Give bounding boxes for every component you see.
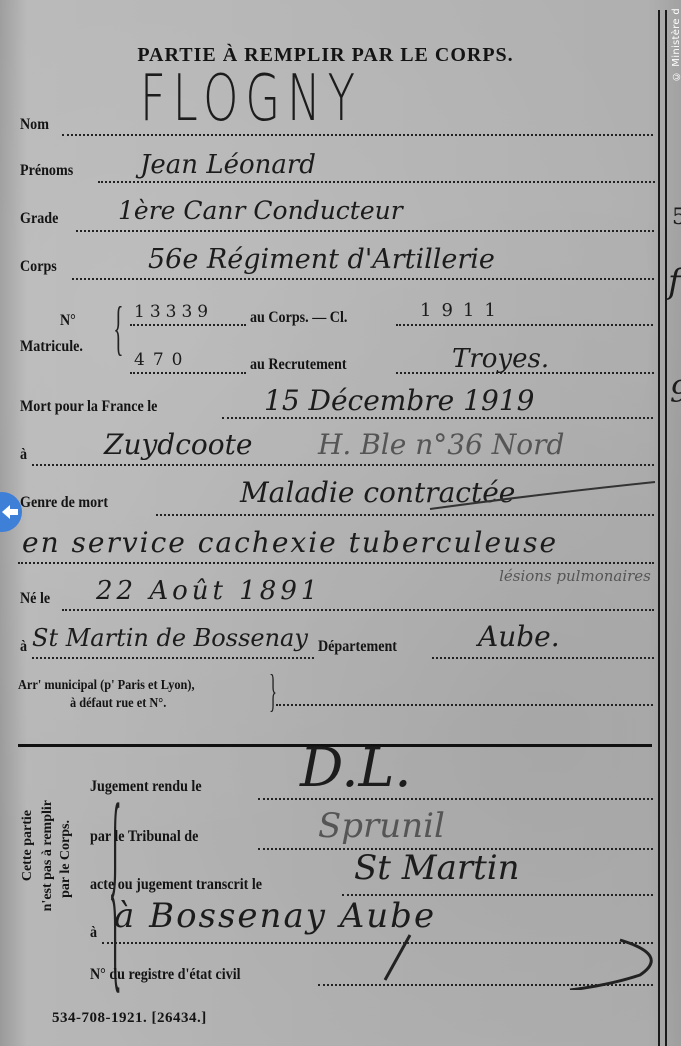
nom-value: FLOGNY — [140, 62, 362, 136]
margin-mark: 9 — [670, 375, 681, 410]
grade-dotted-line — [76, 228, 654, 232]
ne-a-dots — [32, 655, 314, 659]
au-corps-label: au Corps. — Cl. — [250, 309, 347, 327]
corps-dotted-line — [72, 276, 654, 280]
tribunal-value: Sprunil — [318, 806, 445, 846]
genre-mort-value-2: en service cachexie tuberculeuse — [22, 526, 558, 559]
departement-label: Département — [318, 638, 397, 656]
classe-dots — [396, 322, 653, 326]
mort-a-dots — [32, 462, 654, 466]
side-note-line-3: par le Corps. — [58, 820, 74, 898]
nom-label: Nom — [20, 116, 49, 134]
mort-le-value: 15 Décembre 1919 — [264, 384, 534, 417]
matricule-corps-dots — [130, 322, 246, 326]
side-note-line-2: n'est pas à remplir — [40, 800, 56, 911]
genre-mort-label: Genre de mort — [20, 494, 108, 512]
recrutement-place: Troyes. — [452, 344, 549, 374]
side-note: Cette partie n'est pas à remplir par le … — [14, 800, 78, 980]
grade-label: Grade — [20, 210, 58, 228]
margin-mark: 5 — [672, 205, 681, 230]
mort-a-value: Zuydcoote — [104, 428, 252, 461]
side-note-line-1: Cette partie — [20, 810, 36, 881]
grade-value: 1ère Canr Conducteur — [118, 196, 403, 225]
genre-mort-annotation: lésions pulmonaires — [490, 566, 660, 586]
matricule-brace: { — [113, 298, 123, 358]
corps-value: 56e Régiment d'Artillerie — [148, 244, 495, 275]
right-border-line — [658, 10, 660, 1046]
right-border-line-2 — [665, 10, 667, 1046]
mort-a-label: à — [20, 446, 27, 464]
classe-value: 1911 — [420, 300, 506, 321]
transcrit-label: acte ou jugement transcrit le — [90, 876, 262, 894]
arrow-left-icon — [0, 502, 20, 522]
matricule-corps-number: 13339 — [134, 302, 213, 322]
recrutement-number: 470 — [134, 350, 190, 370]
matricule-label-2: Matricule. — [20, 338, 83, 356]
matricule-label-1: N° — [60, 312, 76, 330]
au-recrutement-label: au Recrutement — [250, 356, 347, 374]
tribunal-label: par le Tribunal de — [90, 828, 198, 846]
jugement-value: D.L. — [300, 736, 412, 799]
arr-label-1: Arr' municipal (p' Paris et Lyon), — [18, 678, 195, 694]
pen-stroke — [420, 474, 660, 514]
departement-value: Aube. — [478, 620, 560, 653]
ne-le-value: 22 Août 1891 — [96, 576, 321, 606]
ne-a-value: St Martin de Bossenay — [32, 624, 308, 652]
transcrit-a-label: à — [90, 924, 97, 942]
document-scan: © Ministère d 5 f 9 PARTIE À REMPLIR PAR… — [0, 0, 681, 1046]
arr-label-2: à défaut rue et N°. — [70, 696, 166, 712]
mort-a-annotation: H. Ble n°36 Nord — [318, 428, 564, 461]
prenoms-label: Prénoms — [20, 162, 73, 180]
ne-le-dots — [62, 607, 654, 611]
genre-mort-dots-2 — [18, 560, 654, 564]
recrutement-number-dots — [130, 370, 246, 374]
pen-stroke — [370, 930, 670, 990]
arr-brace: } — [269, 668, 277, 714]
registre-label: N° du registre d'état civil — [90, 966, 241, 984]
arr-dots — [276, 702, 653, 706]
jugement-label: Jugement rendu le — [90, 778, 202, 796]
ne-a-label: à — [20, 638, 27, 656]
mort-le-label: Mort pour la France le — [20, 398, 157, 416]
ne-le-label: Né le — [20, 590, 50, 608]
departement-dots — [432, 655, 654, 659]
form-code: 534-708-1921. [26434.] — [52, 1010, 207, 1027]
corps-label: Corps — [20, 258, 57, 276]
margin-mark: f — [668, 262, 681, 302]
transcrit-value: St Martin — [354, 848, 520, 888]
prenoms-value: Jean Léonard — [140, 150, 316, 180]
